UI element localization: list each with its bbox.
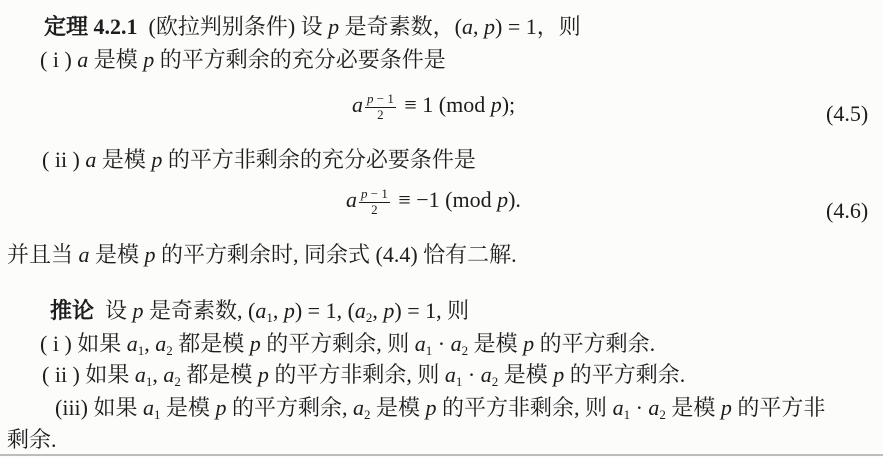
eq2-exponent-denominator: 2	[371, 203, 378, 217]
equation-label-4-5: (4.5)	[826, 101, 868, 127]
eq2-exponent-numerator: p − 1	[359, 187, 390, 203]
corollary-item-iii: (iii) 如果 a1 是模 p 的平方剩余, a2 是模 p 的平方非剩余, …	[55, 394, 825, 429]
equation-label-4-6: (4.6)	[826, 198, 868, 224]
theorem-item-ii: ( ii ) a 是模 p 的平方非剩余的充分必要条件是	[42, 146, 476, 174]
corollary-item-ii: ( ii ) 如果 a1, a2 都是模 p 的平方非剩余, 则 a1 · a2…	[42, 361, 685, 396]
eq1-exponent-numerator: p − 1	[365, 92, 396, 108]
bottom-rule	[0, 454, 883, 456]
eq1-base: a	[352, 92, 363, 117]
equation-4-5: ap − 12 ≡ 1 (mod p);	[352, 90, 515, 123]
equation-4-6: ap − 12 ≡ −1 (mod p).	[346, 185, 521, 218]
page: 定理 4.2.1 (欧拉判别条件) 设 p 是奇素数，(a, p) = 1，则 …	[0, 0, 883, 458]
theorem-item-i: ( i ) a 是模 p 的平方剩余的充分必要条件是	[40, 46, 446, 74]
eq2-body: ≡ −1 (mod p).	[393, 187, 521, 212]
corollary-intro: 推论 设 p 是奇素数, (a1, p) = 1, (a2, p) = 1, 则	[50, 297, 469, 332]
corollary-item-i: ( i ) 如果 a1, a2 都是模 p 的平方剩余, 则 a1 · a2 是…	[40, 330, 655, 365]
eq1-body: ≡ 1 (mod p);	[399, 92, 515, 117]
corollary-item-iii-continuation: 剩余.	[7, 426, 57, 454]
eq1-exponent-fraction: p − 12	[365, 92, 396, 123]
eq2-exponent-fraction: p − 12	[359, 187, 390, 218]
theorem-closing: 并且当 a 是模 p 的平方剩余时, 同余式 (4.4) 恰有二解.	[7, 241, 517, 269]
eq2-base: a	[346, 187, 357, 212]
eq1-exponent-denominator: 2	[377, 108, 384, 122]
theorem-title: 定理 4.2.1 (欧拉判别条件) 设 p 是奇素数，(a, p) = 1，则	[44, 13, 581, 41]
